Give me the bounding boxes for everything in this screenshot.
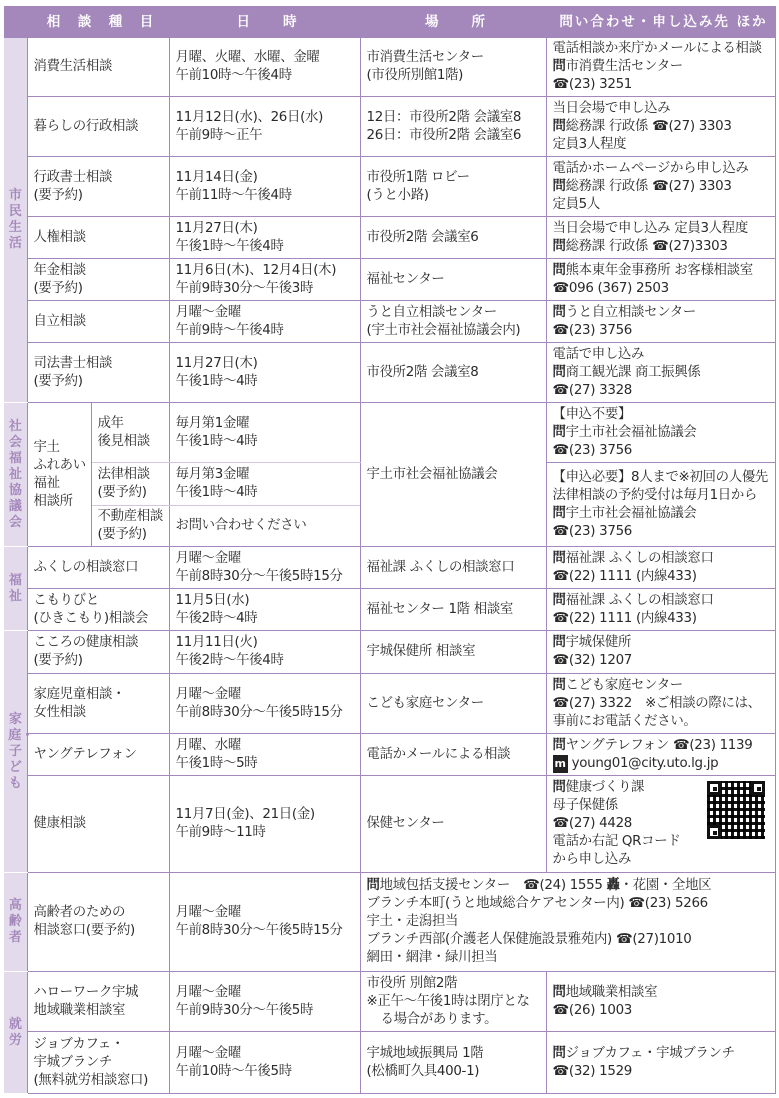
contact: 問うと自立相談センター ☎(23) 3756 (546, 301, 775, 343)
contact: 問福祉課 ふくしの相談窓口 ☎(22) 1111 (内線433) (546, 589, 775, 631)
place: 市役所2階 会議室6 (360, 217, 546, 259)
consult-type: 消費生活相談 (27, 38, 169, 97)
phone-icon: ☎ (553, 382, 569, 400)
inquiry-icon: 問 (553, 634, 566, 652)
inquiry-icon: 問 (553, 779, 566, 797)
datetime: 月曜～金曜午前10時～午後5時 (169, 1032, 360, 1094)
phone-icon: ☎ (652, 118, 668, 136)
inquiry-icon: 問 (553, 304, 566, 322)
consult-type: ハローワーク宇城地域職業相談室 (27, 972, 169, 1032)
contact: 【申込必要】8人まで※初回の人優先 法律相談の予約受付は毎月1日から 問宇土市社… (546, 463, 775, 547)
inquiry-icon: 問 (367, 877, 380, 895)
consult-group: 宇土ふれあい福祉相談所 (27, 403, 91, 547)
table-row: 市民生活 消費生活相談 月曜、火曜、水曜、金曜午前10時～午後4時 市消費生活セ… (4, 38, 775, 97)
consult-type: 成年後見相談 (91, 403, 169, 463)
place: 電話かメールによる相談 (360, 734, 546, 776)
table-header: 相 談 種 目 日 時 場 所 問い合わせ・申し込み先 ほか (4, 7, 775, 38)
category-fukushi: 福祉 (4, 547, 27, 631)
consult-type: 自立相談 (27, 301, 169, 343)
datetime: 11月6日(木)、12月4日(木)午前9時30分～午後3時 (169, 259, 360, 301)
datetime: 月曜～金曜午前8時30分～午後5時15分 (169, 873, 360, 972)
inquiry-icon: 問 (553, 364, 566, 382)
inquiry-icon: 問 (553, 677, 566, 695)
consult-type: 不動産相談(要予約) (91, 506, 169, 547)
place: 市役所2階 会議室8 (360, 343, 546, 403)
table-row: 就労 ハローワーク宇城地域職業相談室 月曜～金曜午前9時30分～午後5時 市役所… (4, 972, 775, 1032)
consult-type: こもりびと(ひきこもり)相談会 (27, 589, 169, 631)
phone-icon: ☎ (553, 815, 569, 833)
phone-icon: ☎ (553, 695, 569, 713)
inquiry-icon: 問 (553, 1045, 566, 1063)
consultation-table: 相 談 種 目 日 時 場 所 問い合わせ・申し込み先 ほか 市民生活 消費生活… (4, 6, 775, 1094)
inquiry-icon: 問 (553, 262, 566, 280)
table-row: 社会福祉協議会 宇土ふれあい福祉相談所 成年後見相談 毎月第1金曜午後1時～4時… (4, 403, 775, 463)
table-row: 福祉 ふくしの相談窓口 月曜～金曜午前8時30分～午後5時15分 福祉課 ふくし… (4, 547, 775, 589)
consult-type: 法律相談(要予約) (91, 463, 169, 506)
contact: 電話で申し込み 問商工観光課 商工振興係 ☎(27) 3328 (546, 343, 775, 403)
table-row: 家庭児童相談・女性相談 月曜～金曜午前8時30分～午後5時15分 こども家庭セン… (4, 674, 775, 734)
place: こども家庭センター (360, 674, 546, 734)
inquiry-icon: 問 (553, 118, 566, 136)
phone-icon: ☎ (553, 322, 569, 340)
contact: 問こども家庭センター ☎(27) 3322 ※ご相談の際には、 事前にお電話くだ… (546, 674, 775, 734)
table-row: ジョブカフェ・宇城ブランチ(無料就労相談窓口) 月曜～金曜午前10時～午後5時 … (4, 1032, 775, 1094)
datetime: 月曜、火曜、水曜、金曜午前10時～午後4時 (169, 38, 360, 97)
phone-icon: ☎ (652, 238, 668, 256)
consult-type: 健康相談 (27, 776, 169, 873)
category-koreisha: 高齢者 (4, 873, 27, 972)
contact: 問ヤングテレフォン ☎(23) 1139 m young01@city.uto.… (546, 734, 775, 776)
email-link[interactable]: young01@city.uto.lg.jp (572, 756, 719, 771)
place: 市消費生活センター(市役所別館1階) (360, 38, 546, 97)
contact: 問地域職業相談室 ☎(26) 1003 (546, 972, 775, 1032)
phone-icon: ☎ (553, 76, 569, 94)
contact: 電話かホームページから申し込み 問総務課 行政係 ☎(27) 3303 定員5人 (546, 157, 775, 217)
header-contact: 問い合わせ・申し込み先 ほか (546, 7, 775, 38)
table-row: 暮らしの行政相談 11月12日(水)、26日(水)午前9時～正午 12日：市役所… (4, 97, 775, 157)
mail-icon: m (553, 755, 568, 773)
table-row: こもりびと(ひきこもり)相談会 11月5日(水)午後2時～4時 福祉センター 1… (4, 589, 775, 631)
place-and-contact: 問地域包括支援センター ☎(24) 1555 轟・花園・全地区 ブランチ本町(う… (360, 873, 775, 972)
consult-type: ジョブカフェ・宇城ブランチ(無料就労相談窓口) (27, 1032, 169, 1094)
place: 宇城保健所 相談室 (360, 631, 546, 674)
qr-code[interactable] (707, 781, 765, 839)
phone-icon: ☎ (553, 523, 569, 541)
place: うと自立相談センター(宇土市社会福祉協議会内) (360, 301, 546, 343)
header-place: 場 所 (360, 7, 546, 38)
inquiry-icon: 問 (553, 592, 566, 610)
consult-type: 年金相談(要予約) (27, 259, 169, 301)
datetime: 11月12日(水)、26日(水)午前9時～正午 (169, 97, 360, 157)
place: 市役所 別館2階※正午～午後1時は閉庁となる場合があります。 (360, 972, 546, 1032)
datetime: 毎月第1金曜午後1時～4時 (169, 403, 360, 463)
datetime: 11月7日(金)、21日(金)午前9時～11時 (169, 776, 360, 873)
inquiry-icon: 問 (553, 737, 566, 755)
category-shuro: 就労 (4, 972, 27, 1094)
inquiry-icon: 問 (553, 238, 566, 256)
phone-icon: ☎ (553, 442, 569, 460)
phone-icon: ☎ (553, 280, 569, 298)
datetime: 月曜～金曜午前9時30分～午後5時 (169, 972, 360, 1032)
datetime: 11月27日(木)午後1時～午後4時 (169, 217, 360, 259)
consult-type: 高齢者のための相談窓口(要予約) (27, 873, 169, 972)
contact: 【申込不要】 問宇土市社会福祉協議会 ☎(23) 3756 (546, 403, 775, 463)
contact: 問宇城保健所 ☎(32) 1207 (546, 631, 775, 674)
phone-icon: ☎ (553, 568, 569, 586)
table-row: 年金相談(要予約) 11月6日(木)、12月4日(木)午前9時30分～午後3時 … (4, 259, 775, 301)
inquiry-icon: 問 (553, 178, 566, 196)
header-category-blank (4, 7, 27, 38)
phone-icon: ☎ (523, 877, 539, 895)
table-row: 高齢者 高齢者のための相談窓口(要予約) 月曜～金曜午前8時30分～午後5時15… (4, 873, 775, 972)
table-row: 人権相談 11月27日(木)午後1時～午後4時 市役所2階 会議室6 当日会場で… (4, 217, 775, 259)
datetime: お問い合わせください (169, 506, 360, 547)
place: 宇土市社会福祉協議会 (360, 403, 546, 547)
phone-icon: ☎ (652, 178, 668, 196)
consult-type: 家庭児童相談・女性相談 (27, 674, 169, 734)
contact: 問福祉課 ふくしの相談窓口 ☎(22) 1111 (内線433) (546, 547, 775, 589)
consult-type: 司法書士相談(要予約) (27, 343, 169, 403)
header-type: 相 談 種 目 (27, 7, 169, 38)
consult-type: ふくしの相談窓口 (27, 547, 169, 589)
consult-type: 暮らしの行政相談 (27, 97, 169, 157)
category-katei-kodomo: 家庭・子ども (4, 631, 27, 873)
place: 12日：市役所2階 会議室826日：市役所2階 会議室6 (360, 97, 546, 157)
datetime: 11月14日(金)午前11時～午後4時 (169, 157, 360, 217)
area-icon: 轟 (607, 877, 620, 895)
table-row: 健康相談 11月7日(金)、21日(金)午前9時～11時 保健センター 問健康づ… (4, 776, 775, 873)
datetime: 月曜～金曜午前8時30分～午後5時15分 (169, 547, 360, 589)
contact: 問熊本東年金事務所 お客様相談室 ☎096 (367) 2503 (546, 259, 775, 301)
inquiry-icon: 問 (553, 505, 566, 523)
contact: 当日会場で申し込み 定員3人程度 問総務課 行政係 ☎(27)3303 (546, 217, 775, 259)
datetime: 毎月第3金曜午後1時～4時 (169, 463, 360, 506)
table-row: 自立相談 月曜～金曜午前9時～午後4時 うと自立相談センター(宇土市社会福祉協議… (4, 301, 775, 343)
contact: 問健康づくり課 母子保健係 ☎(27) 4428 電話か右記 QRコード から申… (546, 776, 775, 873)
category-shakai-fukushi-kyogikai: 社会福祉協議会 (4, 403, 27, 547)
phone-icon: ☎ (673, 737, 689, 755)
consult-type: 行政書士相談(要予約) (27, 157, 169, 217)
contact: 当日会場で申し込み 問総務課 行政係 ☎(27) 3303 定員3人程度 (546, 97, 775, 157)
place: 福祉課 ふくしの相談窓口 (360, 547, 546, 589)
table-row: 家庭・子ども こころの健康相談(要予約) 11月11日(火)午後2時～午後4時 … (4, 631, 775, 674)
contact: 問ジョブカフェ・宇城ブランチ ☎(32) 1529 (546, 1032, 775, 1094)
datetime: 11月27日(木)午後1時～4時 (169, 343, 360, 403)
phone-icon: ☎ (616, 931, 632, 949)
inquiry-icon: 問 (553, 550, 566, 568)
phone-icon: ☎ (553, 1063, 569, 1081)
consult-type: ヤングテレフォン (27, 734, 169, 776)
datetime: 11月5日(水)午後2時～4時 (169, 589, 360, 631)
phone-icon: ☎ (553, 652, 569, 670)
phone-icon: ☎ (628, 895, 644, 913)
header-datetime: 日 時 (169, 7, 360, 38)
table-row: 行政書士相談(要予約) 11月14日(金)午前11時～午後4時 市役所1階 ロビ… (4, 157, 775, 217)
phone-icon: ☎ (553, 610, 569, 628)
consult-type: こころの健康相談(要予約) (27, 631, 169, 674)
place: 福祉センター (360, 259, 546, 301)
datetime: 月曜～金曜午前8時30分～午後5時15分 (169, 674, 360, 734)
table-row: 司法書士相談(要予約) 11月27日(木)午後1時～4時 市役所2階 会議室8 … (4, 343, 775, 403)
place: 市役所1階 ロビー(うと小路) (360, 157, 546, 217)
datetime: 月曜～金曜午前9時～午後4時 (169, 301, 360, 343)
datetime: 月曜、水曜午後1時～5時 (169, 734, 360, 776)
datetime: 11月11日(火)午後2時～午後4時 (169, 631, 360, 674)
place: 宇城地域振興局 1階(松橋町久具400-1) (360, 1032, 546, 1094)
place: 保健センター (360, 776, 546, 873)
inquiry-icon: 問 (553, 58, 566, 76)
contact: 電話相談か来庁かメールによる相談 問市消費生活センター ☎(23) 3251 (546, 38, 775, 97)
category-shimin-seikatsu: 市民生活 (4, 38, 27, 403)
place: 福祉センター 1階 相談室 (360, 589, 546, 631)
inquiry-icon: 問 (553, 984, 566, 1002)
table-row: ヤングテレフォン 月曜、水曜午後1時～5時 電話かメールによる相談 問ヤングテレ… (4, 734, 775, 776)
inquiry-icon: 問 (553, 424, 566, 442)
phone-icon: ☎ (553, 1002, 569, 1020)
consult-type: 人権相談 (27, 217, 169, 259)
